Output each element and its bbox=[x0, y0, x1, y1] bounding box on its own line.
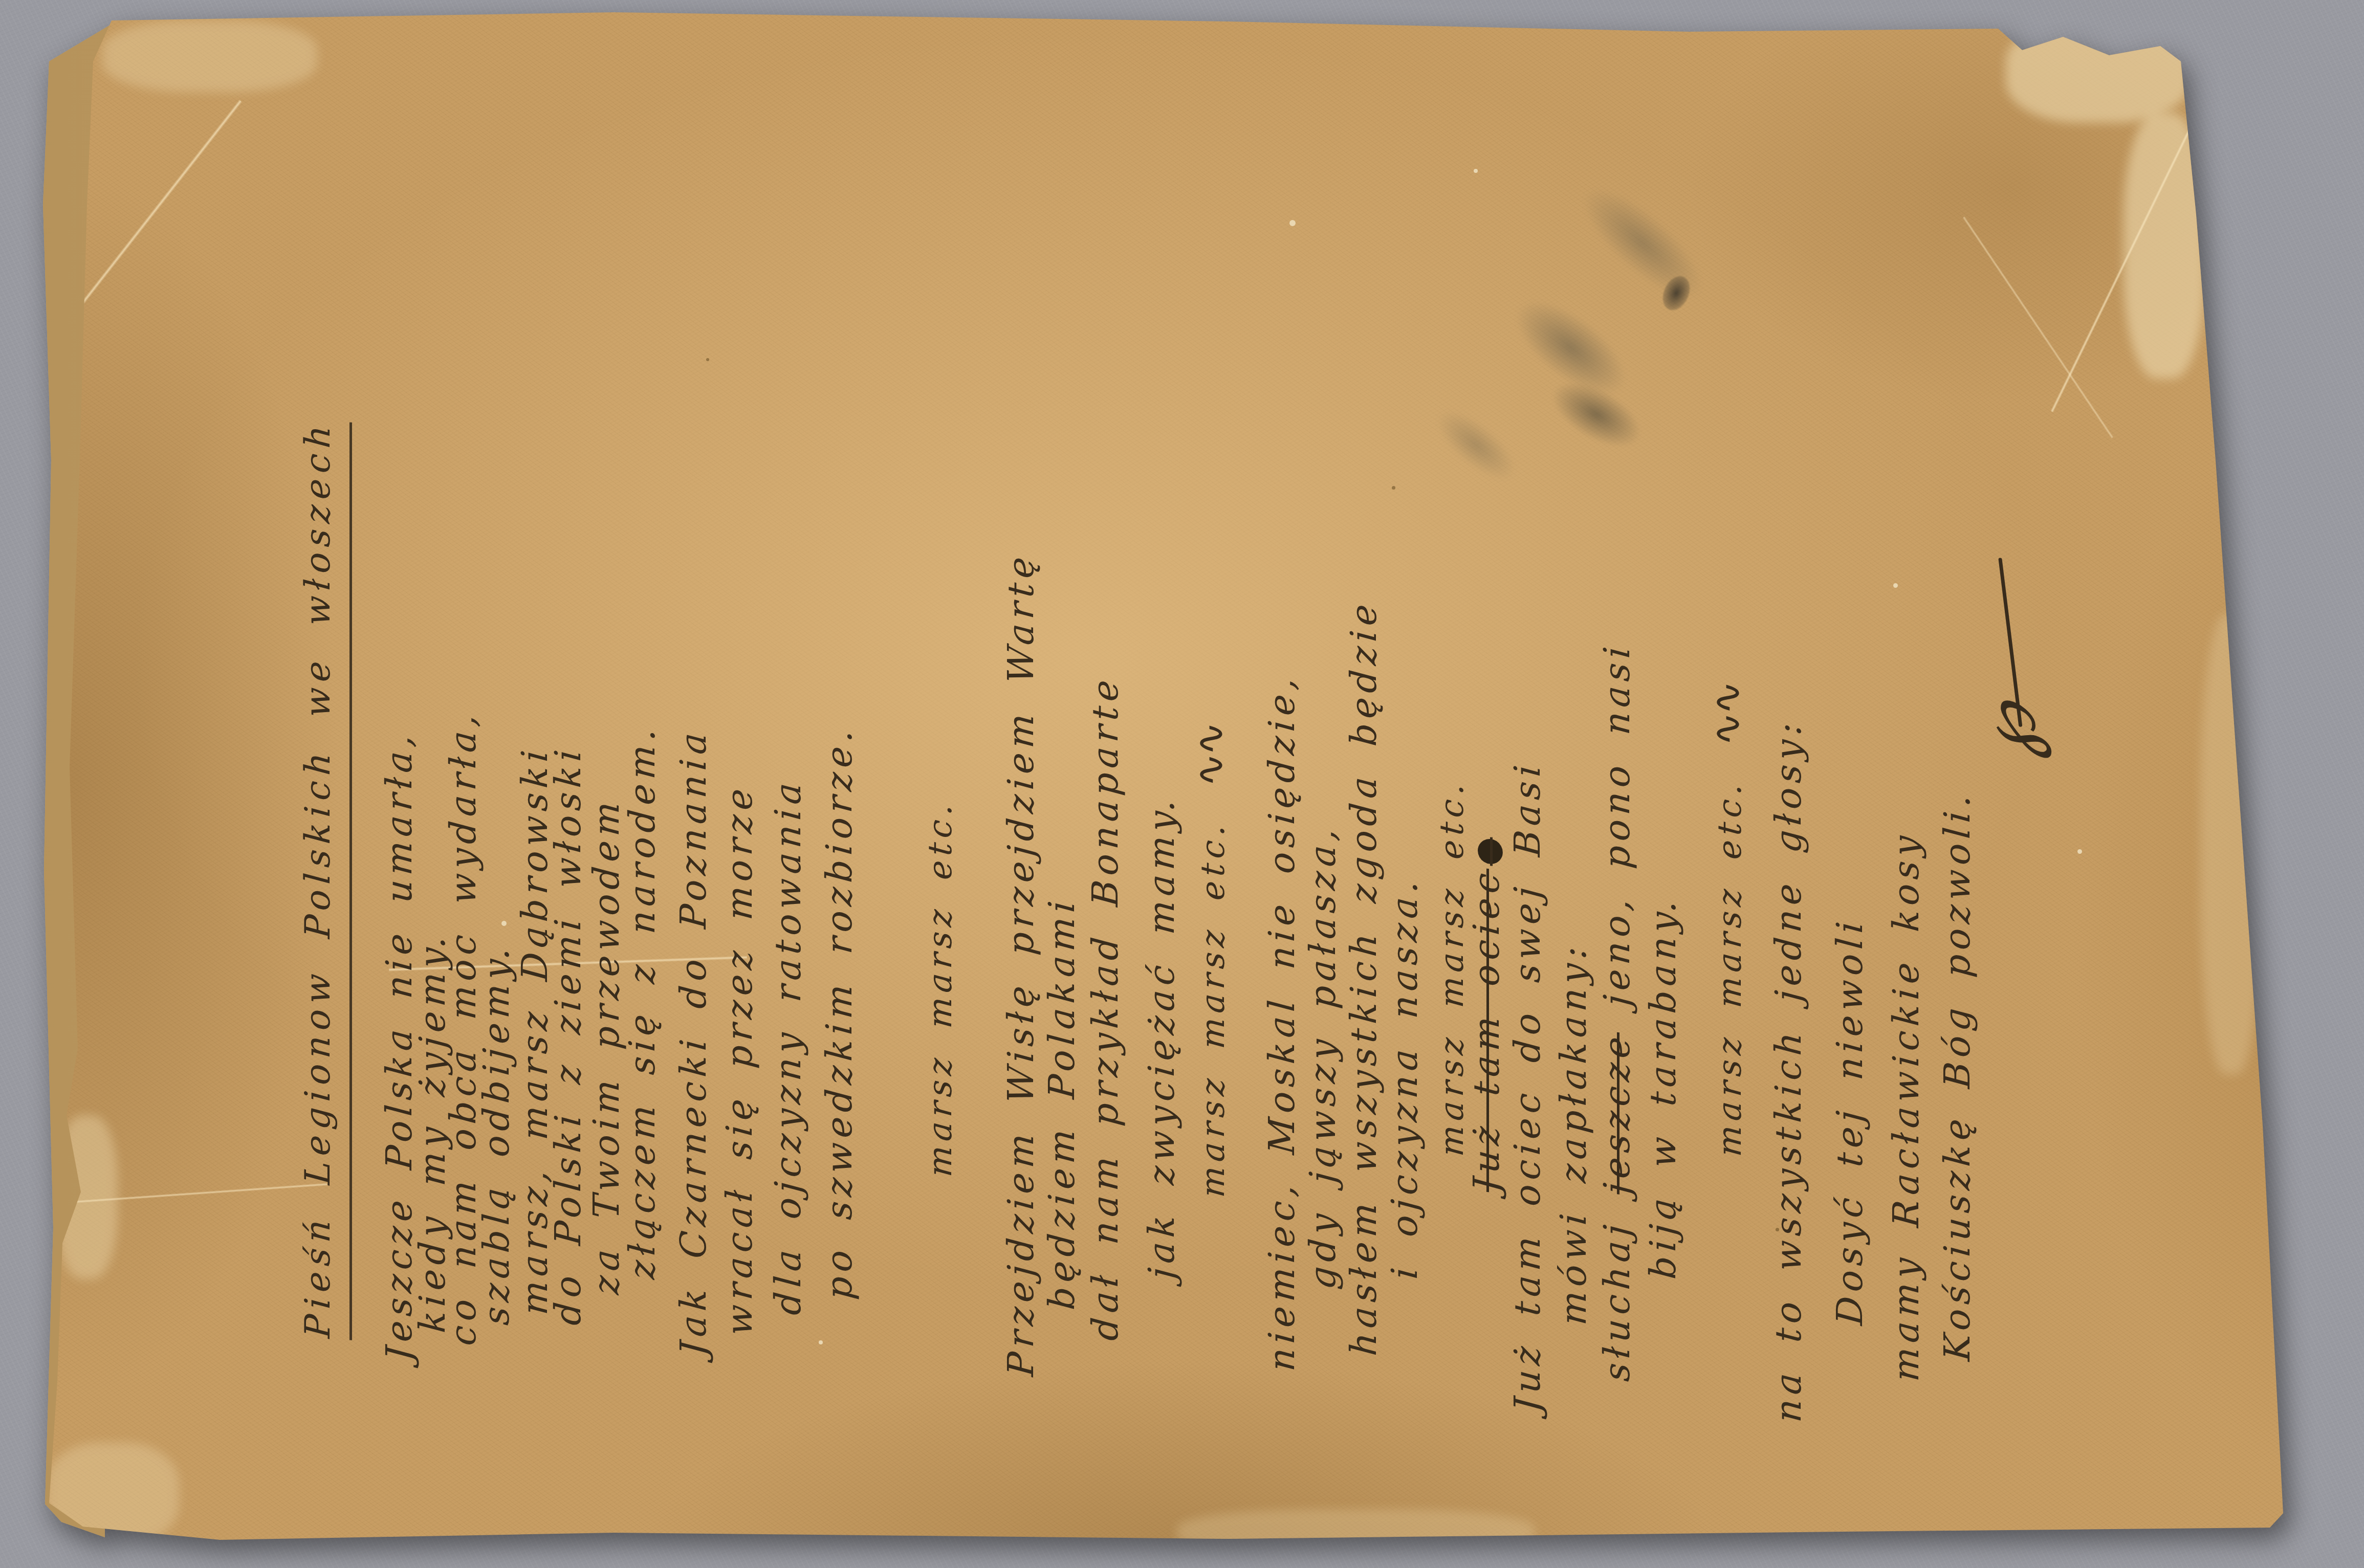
worn-edge-patch bbox=[2124, 113, 2205, 379]
manuscript-line-text: mówi zapłakany: bbox=[1552, 941, 1594, 1327]
manuscript-line: biją w tarabany. bbox=[1645, 173, 1681, 1444]
manuscript-line: hasłem wszystkich zgoda będzie bbox=[1346, 173, 1382, 1444]
manuscript-line-text: Dosyć tej niewoli bbox=[1829, 916, 1871, 1327]
manuscript-line-text: i ojczyzna nasza. bbox=[1384, 875, 1426, 1280]
manuscript-line-text: Przejdziem Wisłę przejdziem Wartę bbox=[1000, 551, 1042, 1378]
manuscript-line-text: marsz marsz etc. bbox=[1194, 819, 1232, 1199]
manuscript-line-text: jak zwyciężać mamy. bbox=[1141, 794, 1183, 1280]
manuscript-line-text: mamy Racławickie kosy bbox=[1885, 830, 1927, 1383]
manuscript-line-text: niemiec, Moskal nie osiędzie, bbox=[1261, 672, 1303, 1373]
paper-fleck bbox=[2077, 849, 2082, 854]
paper-shadow: Pieśń Legionow Polskich we włoszech Jesz… bbox=[0, 0, 2364, 1568]
manuscript-line: marsz marsz etc. bbox=[921, 173, 957, 1444]
refrain-flourish: ∿∿ bbox=[1703, 682, 1750, 748]
manuscript-line-text: wracał się przez morze bbox=[718, 783, 760, 1337]
manuscript-line: szablą odbijemy. bbox=[478, 173, 514, 1444]
struck-word: jeszcze bbox=[1596, 1031, 1638, 1196]
manuscript-line: dla ojczyzny ratowania bbox=[770, 173, 806, 1444]
manuscript-line-text: hasłem wszystkich zgoda będzie bbox=[1343, 599, 1385, 1357]
manuscript-line: gdy jąwszy pałasza, bbox=[1305, 173, 1341, 1444]
manuscript-line: Kościuszkę Bóg pozwoli. bbox=[1939, 173, 1975, 1444]
manuscript-line: wracał się przez morze bbox=[721, 173, 757, 1444]
manuscript-line-text: szablą odbijemy. bbox=[475, 942, 517, 1327]
manuscript-line-text: marsz marsz etc. bbox=[922, 799, 959, 1178]
manuscript-line: i ojczyzna nasza. bbox=[1387, 173, 1422, 1444]
manuscript-line-text: Kościuszkę Bóg pozwoli. bbox=[1936, 789, 1978, 1362]
manuscript-line-text: Już tam ociec● bbox=[1465, 835, 1507, 1194]
manuscript-line: dał nam przykład Bonaparte bbox=[1087, 173, 1123, 1444]
manuscript-line: Dosyć tej niewoli bbox=[1832, 173, 1868, 1444]
manuscript-line-text: gdy jąwszy pałasza, bbox=[1302, 823, 1344, 1291]
worn-edge-patch bbox=[1177, 1509, 1535, 1555]
manuscript-line: do Polski z ziemi włoski bbox=[550, 173, 586, 1444]
manuscript-line: Przejdziem Wisłę przejdziem Wartę bbox=[1003, 173, 1039, 1444]
worn-edge-patch bbox=[2006, 20, 2190, 123]
manuscript-line: na to wszystkich jedne głosy: bbox=[1770, 173, 1806, 1444]
manuscript-line-text: do Polski z ziemi włoski bbox=[547, 744, 589, 1327]
manuscript-line-text: dał nam przykład Bonaparte bbox=[1084, 674, 1126, 1342]
manuscript-line-text: po szwedzkim rozbiorze. bbox=[818, 724, 860, 1301]
crease-line bbox=[69, 100, 243, 320]
worn-edge-patch bbox=[46, 1443, 179, 1545]
manuscript-line-text: na to wszystkich jedne głosy: bbox=[1767, 717, 1809, 1423]
worn-edge-patch bbox=[102, 20, 317, 92]
manuscript-line: słuchaj jeszcze jeno, pono nasi bbox=[1599, 173, 1635, 1444]
manuscript-line: Już tam ociec do swej Basi bbox=[1509, 173, 1545, 1444]
crease-line bbox=[2050, 89, 2210, 412]
manuscript-line-text: będziem Polakami bbox=[1041, 895, 1083, 1311]
manuscript-line: po szwedzkim rozbiorze. bbox=[821, 173, 857, 1444]
photo-of-manuscript: { "page": { "background_color": "#999aa1… bbox=[0, 0, 2364, 1568]
manuscript-line: będziem Polakami bbox=[1044, 173, 1080, 1444]
manuscript-line-text: słuchaj jeszcze jeno, pono nasi bbox=[1596, 641, 1638, 1383]
manuscript-line: za Twoim przewodem bbox=[588, 173, 624, 1444]
paper-fleck bbox=[1474, 169, 1478, 173]
worn-edge-patch bbox=[2200, 614, 2262, 1074]
manuscript-line-text: Jak Czarnecki do Poznania bbox=[672, 727, 714, 1357]
manuscript-line: marsz marsz etc. ∿∿ bbox=[1709, 173, 1745, 1444]
manuscript-title-text: Pieśń Legionow Polskich we włoszech bbox=[298, 418, 352, 1340]
manuscript-line: jak zwyciężać mamy. bbox=[1144, 173, 1179, 1444]
manuscript-lines: Jeszcze Polska nie umarła, kiedy my żyje… bbox=[381, 174, 2026, 1443]
refrain-flourish: ∿∿ bbox=[1186, 723, 1234, 789]
manuscript-line-text: marsz marsz etc. bbox=[1711, 778, 1749, 1158]
manuscript-paper: Pieśń Legionow Polskich we włoszech Jesz… bbox=[0, 0, 2364, 1568]
manuscript-line-text: biją w tarabany. bbox=[1642, 895, 1684, 1280]
ink-blot: ● bbox=[1469, 836, 1507, 867]
manuscript-line: niemiec, Moskal nie osiędzie, bbox=[1264, 173, 1300, 1444]
manuscript-line-text: Już tam ociec do swej Basi bbox=[1506, 759, 1548, 1414]
manuscript-line: mamy Racławickie kosy bbox=[1888, 173, 1924, 1444]
manuscript-line: ℘ bbox=[1990, 173, 2026, 1444]
manuscript-line: złączem się z narodem. bbox=[624, 173, 660, 1444]
signature-paraph: ℘ bbox=[1964, 552, 2053, 760]
manuscript-text-block: Pieśń Legionow Polskich we włoszech Jesz… bbox=[276, 174, 2026, 1443]
manuscript-line: marsz marsz etc. ∿∿ bbox=[1192, 173, 1228, 1444]
manuscript-line: Jak Czarnecki do Poznania bbox=[675, 173, 711, 1444]
manuscript-title: Pieśń Legionow Polskich we włoszech bbox=[299, 173, 335, 1444]
manuscript-line-text: złączem się z narodem. bbox=[621, 723, 663, 1280]
manuscript-line-text: dla ojczyzny ratowania bbox=[767, 777, 809, 1316]
manuscript-line: marsz marsz etc. bbox=[1433, 173, 1469, 1444]
manuscript-line: Już tam ociec● bbox=[1469, 173, 1504, 1444]
manuscript-line: mówi zapłakany: bbox=[1556, 173, 1591, 1444]
